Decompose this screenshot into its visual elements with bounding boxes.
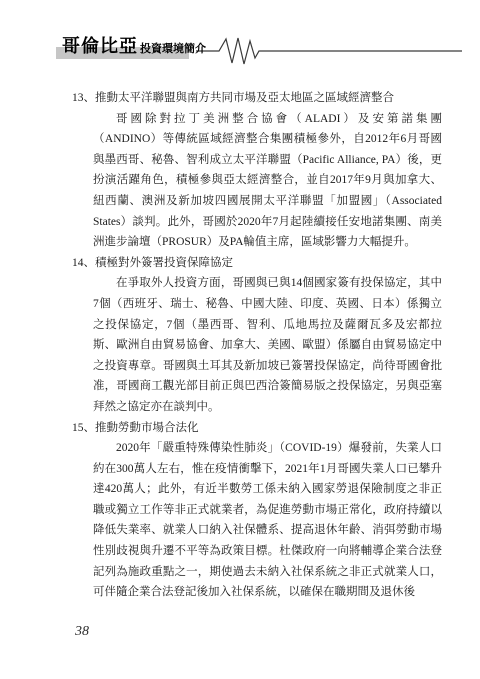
page-number: 38 (75, 624, 89, 640)
section-13-heading: 13、推動太平洋聯盟與南方共同市場及亞太地區之區域經濟整合 (72, 88, 442, 109)
document-body: 13、推動太平洋聯盟與南方共同市場及亞太地區之區域經濟整合 哥國除對拉丁美洲整合… (72, 88, 442, 603)
chapter-title-subtitle: 投資環境簡介 (140, 44, 206, 55)
section-14-heading: 14、積極對外簽署投資保障協定 (72, 253, 442, 274)
section-15-number: 15、 (72, 422, 95, 434)
section-14-number: 14、 (72, 257, 95, 269)
section-13-paragraph: 哥國除對拉丁美洲整合協會（ALADI）及安第諾集團（ANDINO）等傳統區域經濟… (93, 109, 442, 253)
section-15-heading: 15、推動勞動市場合法化 (72, 418, 442, 439)
chapter-title-country: 哥倫比亞 (62, 37, 138, 55)
section-13-number: 13、 (72, 92, 95, 104)
section-13-title: 推動太平洋聯盟與南方共同市場及亞太地區之區域經濟整合 (95, 92, 394, 104)
section-13: 13、推動太平洋聯盟與南方共同市場及亞太地區之區域經濟整合 哥國除對拉丁美洲整合… (72, 88, 442, 253)
page-header: 哥倫比亞 投資環境簡介 (0, 0, 480, 80)
section-15-title: 推動勞動市場合法化 (95, 422, 199, 434)
document-page: 哥倫比亞 投資環境簡介 13、推動太平洋聯盟與南方共同市場及亞太地區之區域經濟整… (0, 0, 480, 679)
section-14-paragraph: 在爭取外人投資方面，哥國與已與14個國家簽有投保協定，其中7個（西班牙、瑞士、秘… (93, 273, 442, 417)
section-14: 14、積極對外簽署投資保障協定 在爭取外人投資方面，哥國與已與14個國家簽有投保… (72, 253, 442, 418)
section-14-title: 積極對外簽署投資保障協定 (95, 257, 233, 269)
section-15: 15、推動勞動市場合法化 2020年「嚴重特殊傳染性肺炎」（COVID-19）爆… (72, 418, 442, 603)
section-15-paragraph: 2020年「嚴重特殊傳染性肺炎」（COVID-19）爆發前，失業人口約在300萬… (93, 438, 442, 603)
